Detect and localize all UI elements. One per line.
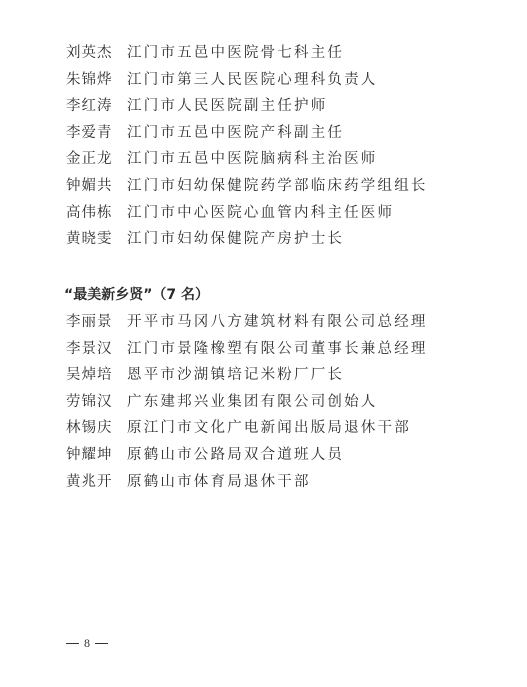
list-item: 李景汉 江门市景隆橡塑有限公司董事长兼总经理 [66,336,506,363]
person-name: 李爱青 [66,120,127,147]
person-name: 黄兆开 [66,469,127,496]
list-item: 朱锦烨 江门市第三人民医院心理科负责人 [66,67,506,94]
list-item: 黄兆开 原鹤山市体育局退休干部 [66,469,506,496]
person-name: 钟媚共 [66,173,127,200]
list-item: 林锡庆 原江门市文化广电新闻出版局退休干部 [66,415,506,442]
list-item: 黄晓雯 江门市妇幼保健院产房护士长 [66,226,506,253]
person-title: 广东建邦兴业集团有限公司创始人 [127,389,506,416]
list-item: 李丽景 开平市马冈八方建筑材料有限公司总经理 [66,309,506,336]
person-title: 原江门市文化广电新闻出版局退休干部 [127,415,506,442]
person-title: 开平市马冈八方建筑材料有限公司总经理 [127,309,506,336]
person-title: 江门市五邑中医院骨七科主任 [127,40,506,67]
list-item: 李爱青 江门市五邑中医院产科副主任 [66,120,506,147]
dash-right [95,643,108,644]
person-name: 高伟栋 [66,200,127,227]
person-title: 江门市妇幼保健院药学部临床药学组组长 [127,173,506,200]
list-item: 刘英杰 江门市五邑中医院骨七科主任 [66,40,506,67]
list-item: 钟媚共 江门市妇幼保健院药学部临床药学组组长 [66,173,506,200]
person-name: 金正龙 [66,146,127,173]
person-title: 江门市中心医院心血管内科主任医师 [127,200,506,227]
person-name: 吴焯培 [66,362,127,389]
person-name: 黄晓雯 [66,226,127,253]
person-title: 恩平市沙湖镇培记米粉厂厂长 [127,362,506,389]
person-name: 钟耀坤 [66,442,127,469]
person-title: 江门市景隆橡塑有限公司董事长兼总经理 [127,336,506,363]
list-item: 劳锦汉 广东建邦兴业集团有限公司创始人 [66,389,506,416]
new-village-sage-list: 李丽景 开平市马冈八方建筑材料有限公司总经理 李景汉 江门市景隆橡塑有限公司董事… [66,309,506,495]
person-title: 江门市第三人民医院心理科负责人 [127,67,506,94]
person-name: 李丽景 [66,309,127,336]
person-name: 刘英杰 [66,40,127,67]
person-title: 原鹤山市体育局退休干部 [127,469,506,496]
list-item: 吴焯培 恩平市沙湖镇培记米粉厂厂长 [66,362,506,389]
person-name: 劳锦汉 [66,389,127,416]
list-item: 钟耀坤 原鹤山市公路局双合道班人员 [66,442,506,469]
person-title: 江门市人民医院副主任护师 [127,93,506,120]
page-number: 8 [66,634,108,652]
list-item: 金正龙 江门市五邑中医院脑病科主治医师 [66,146,506,173]
section-heading: “最美新乡贤”（7 名） [64,283,209,307]
dash-left [66,643,79,644]
person-title: 江门市五邑中医院产科副主任 [127,120,506,147]
person-name: 朱锦烨 [66,67,127,94]
honoree-list-continued: 刘英杰 江门市五邑中医院骨七科主任 朱锦烨 江门市第三人民医院心理科负责人 李红… [66,40,506,253]
person-name: 李红涛 [66,93,127,120]
page-number-value: 8 [84,634,90,652]
document-page: 刘英杰 江门市五邑中医院骨七科主任 朱锦烨 江门市第三人民医院心理科负责人 李红… [0,0,527,687]
person-title: 原鹤山市公路局双合道班人员 [127,442,506,469]
list-item: 李红涛 江门市人民医院副主任护师 [66,93,506,120]
person-name: 林锡庆 [66,415,127,442]
person-title: 江门市五邑中医院脑病科主治医师 [127,146,506,173]
person-name: 李景汉 [66,336,127,363]
list-item: 高伟栋 江门市中心医院心血管内科主任医师 [66,200,506,227]
person-title: 江门市妇幼保健院产房护士长 [127,226,506,253]
